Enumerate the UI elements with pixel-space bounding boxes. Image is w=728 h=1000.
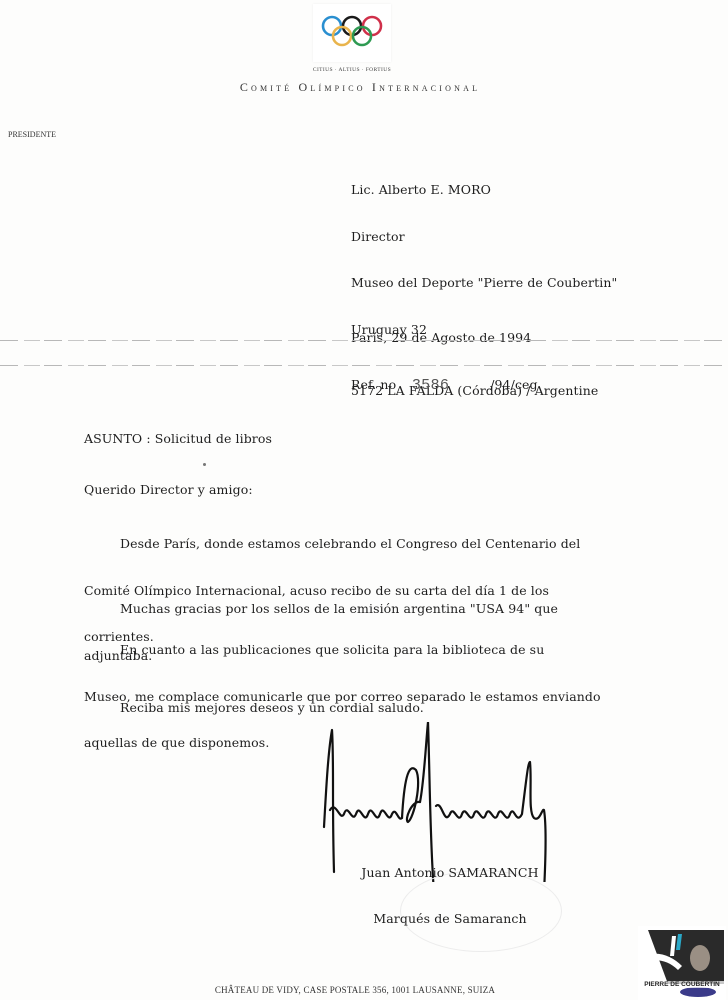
paragraph-line: En cuanto a las publicaciones que solici… [84,642,684,658]
reference-label: Ref. no [351,377,396,392]
reference-line: Ref. no3586/94/ceg [351,377,538,393]
ink-speck [203,463,206,466]
signatory-block: Juan Antonio SAMARANCH Marqués de Samara… [340,834,560,942]
fold-line [0,340,728,341]
recipient-title: Director [351,229,617,245]
footer-address: CHÂTEAU DE VIDY, CASE POSTALE 356, 1001 … [190,985,520,995]
recipient-name: Lic. Alberto E. MORO [351,182,617,198]
pierre-de-coubertin-museum-logo: PIERRE DE COUBERTIN [638,926,726,1000]
olympic-motto: CITIUS · ALTIUS · FORTIUS [300,67,404,73]
recipient-organization: Museo del Deporte "Pierre de Coubertin" [351,275,617,291]
paragraph-line: Reciba mis mejores deseos y un cordial s… [84,700,684,716]
subject-line: ASUNTO : Solicitud de libros [84,431,272,447]
museum-logo-label: PIERRE DE COUBERTIN [638,981,726,988]
greeting: Querido Director y amigo: [84,482,253,498]
olympic-rings-icon [313,4,391,62]
olympic-logo [313,4,391,62]
sender-role: PRESIDENTE [8,130,56,139]
paragraph-line: Desde París, donde estamos celebrando el… [84,536,684,552]
signatory-name: Juan Antonio SAMARANCH [340,865,560,880]
fold-line [0,365,728,366]
place-date: París, 29 de Agosto de 1994 [351,330,538,346]
reference-suffix: /94/ceg [490,377,537,392]
reference-number-handwritten: 3586 [412,377,490,393]
organization-name: Comité Olímpico Internacional [150,80,570,95]
dateline: París, 29 de Agosto de 1994 Ref. no3586/… [351,299,538,408]
signatory-title: Marqués de Samaranch [340,911,560,926]
museum-emblem-icon [638,926,726,1000]
